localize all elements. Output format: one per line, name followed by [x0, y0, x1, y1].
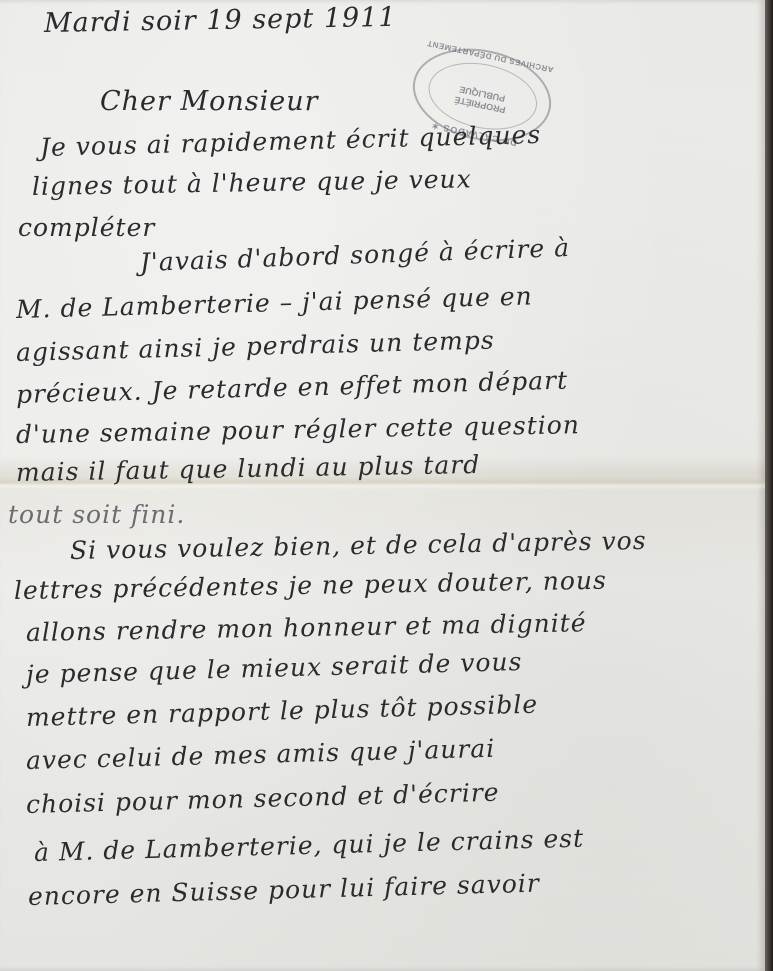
letter-line-3: compléter	[18, 213, 155, 242]
letter-line-16: avec celui de mes amis que j'aurai	[26, 734, 496, 775]
letter-line-12: lettres précédentes je ne peux douter, n…	[14, 566, 607, 605]
letter-line-10: tout soit fini.	[8, 500, 185, 529]
letter-line-1: Je vous ai rapidement écrit quelques	[40, 120, 542, 162]
letter-line-13: allons rendre mon honneur et ma dignité	[26, 608, 587, 647]
letter-line-4: J'avais d'abord songé à écrire à	[139, 233, 570, 277]
letter-page: DU CALVADOS ✶ PROPRIÉTÉ PUBLIQUE ARCHIVE…	[0, 0, 765, 971]
letter-line-6: agissant ainsi je perdrais un temps	[16, 325, 495, 367]
letter-line-7: précieux. Je retarde en effet mon départ	[16, 366, 569, 409]
letter-dateline: Mardi soir 19 sept 1911	[44, 2, 397, 39]
letter-line-15: mettre en rapport le plus tôt possible	[26, 690, 539, 732]
letter-line-14: je pense que le mieux serait de vous	[26, 647, 523, 689]
letter-line-11: Si vous voulez bien, et de cela d'après …	[70, 526, 647, 565]
page-edge-shadow	[765, 0, 773, 971]
letter-line-2: lignes tout à l'heure que je veux	[32, 164, 472, 201]
letter-salutation: Cher Monsieur	[100, 86, 319, 117]
letter-line-19: encore en Suisse pour lui faire savoir	[28, 869, 540, 911]
letter-line-17: choisi pour mon second et d'écrire	[26, 778, 500, 819]
letter-line-8: d'une semaine pour régler cette question	[16, 410, 580, 449]
letter-line-5: M. de Lamberterie – j'ai pensé que en	[16, 281, 533, 324]
letter-line-18: à M. de Lamberterie, qui je le crains es…	[34, 824, 585, 867]
